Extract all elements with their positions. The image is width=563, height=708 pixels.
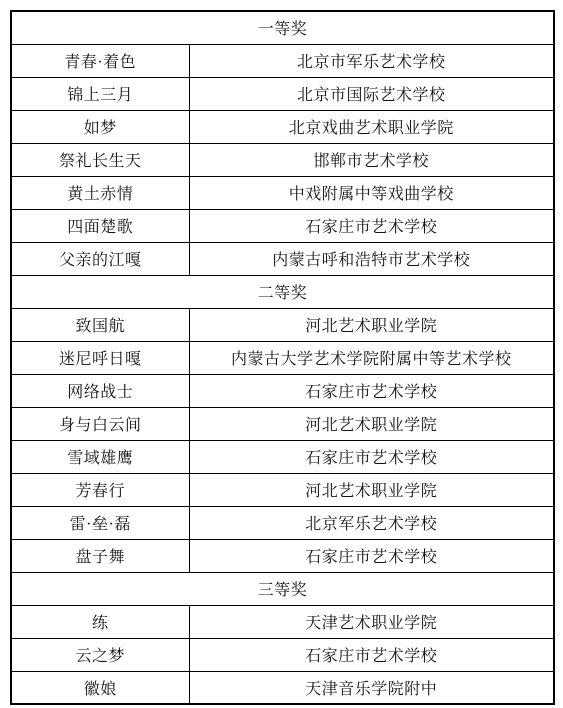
table-row: 如梦 北京戏曲艺术职业学院 [11, 110, 554, 143]
school-name-cell: 石家庄市艺术学校 [189, 209, 554, 242]
school-name-cell: 中戏附属中等戏曲学校 [189, 176, 554, 209]
table-row: 黄土赤情 中戏附属中等戏曲学校 [11, 176, 554, 209]
table-row: 盘子舞 石家庄市艺术学校 [11, 539, 554, 572]
table-row: 徽娘 天津音乐学院附中 [11, 671, 554, 704]
section-header-cell: 一等奖 [11, 11, 554, 44]
table-row: 祭礼长生天 邯郸市艺术学校 [11, 143, 554, 176]
work-name-cell: 雷·垒·磊 [11, 506, 189, 539]
work-name-cell: 云之梦 [11, 638, 189, 671]
school-name-cell: 石家庄市艺术学校 [189, 638, 554, 671]
work-name-cell: 父亲的江嘎 [11, 242, 189, 275]
work-name-cell: 徽娘 [11, 671, 189, 704]
work-name-cell: 身与白云间 [11, 407, 189, 440]
table-row: 身与白云间 河北艺术职业学院 [11, 407, 554, 440]
table-row: 网络战士 石家庄市艺术学校 [11, 374, 554, 407]
school-name-cell: 天津艺术职业学院 [189, 605, 554, 638]
work-name-cell: 黄土赤情 [11, 176, 189, 209]
school-name-cell: 北京戏曲艺术职业学院 [189, 110, 554, 143]
section-header-cell: 二等奖 [11, 275, 554, 308]
school-name-cell: 河北艺术职业学院 [189, 473, 554, 506]
work-name-cell: 网络战士 [11, 374, 189, 407]
work-name-cell: 四面楚歌 [11, 209, 189, 242]
work-name-cell: 祭礼长生天 [11, 143, 189, 176]
school-name-cell: 北京军乐艺术学校 [189, 506, 554, 539]
table-row: 青春·着色 北京市军乐艺术学校 [11, 44, 554, 77]
work-name-cell: 雪域雄鹰 [11, 440, 189, 473]
awards-table-body: 一等奖 青春·着色 北京市军乐艺术学校 锦上三月 北京市国际艺术学校 如梦 北京… [11, 11, 554, 704]
school-name-cell: 石家庄市艺术学校 [189, 440, 554, 473]
awards-table: 一等奖 青春·着色 北京市军乐艺术学校 锦上三月 北京市国际艺术学校 如梦 北京… [10, 10, 555, 705]
table-row: 致国航 河北艺术职业学院 [11, 308, 554, 341]
table-row: 云之梦 石家庄市艺术学校 [11, 638, 554, 671]
table-row: 四面楚歌 石家庄市艺术学校 [11, 209, 554, 242]
table-row: 父亲的江嘎 内蒙古呼和浩特市艺术学校 [11, 242, 554, 275]
table-row: 芳春行 河北艺术职业学院 [11, 473, 554, 506]
work-name-cell: 芳春行 [11, 473, 189, 506]
work-name-cell: 青春·着色 [11, 44, 189, 77]
table-row: 雪域雄鹰 石家庄市艺术学校 [11, 440, 554, 473]
section-header-row: 二等奖 [11, 275, 554, 308]
school-name-cell: 内蒙古大学艺术学院附属中等艺术学校 [189, 341, 554, 374]
section-header-row: 三等奖 [11, 572, 554, 605]
work-name-cell: 锦上三月 [11, 77, 189, 110]
table-row: 迷尼呼日嘎 内蒙古大学艺术学院附属中等艺术学校 [11, 341, 554, 374]
table-row: 锦上三月 北京市国际艺术学校 [11, 77, 554, 110]
school-name-cell: 北京市国际艺术学校 [189, 77, 554, 110]
school-name-cell: 天津音乐学院附中 [189, 671, 554, 704]
section-header-row: 一等奖 [11, 11, 554, 44]
school-name-cell: 河北艺术职业学院 [189, 407, 554, 440]
school-name-cell: 石家庄市艺术学校 [189, 374, 554, 407]
school-name-cell: 北京市军乐艺术学校 [189, 44, 554, 77]
school-name-cell: 河北艺术职业学院 [189, 308, 554, 341]
table-row: 雷·垒·磊 北京军乐艺术学校 [11, 506, 554, 539]
work-name-cell: 致国航 [11, 308, 189, 341]
work-name-cell: 盘子舞 [11, 539, 189, 572]
work-name-cell: 练 [11, 605, 189, 638]
section-header-cell: 三等奖 [11, 572, 554, 605]
school-name-cell: 石家庄市艺术学校 [189, 539, 554, 572]
table-row: 练 天津艺术职业学院 [11, 605, 554, 638]
work-name-cell: 迷尼呼日嘎 [11, 341, 189, 374]
school-name-cell: 邯郸市艺术学校 [189, 143, 554, 176]
work-name-cell: 如梦 [11, 110, 189, 143]
school-name-cell: 内蒙古呼和浩特市艺术学校 [189, 242, 554, 275]
